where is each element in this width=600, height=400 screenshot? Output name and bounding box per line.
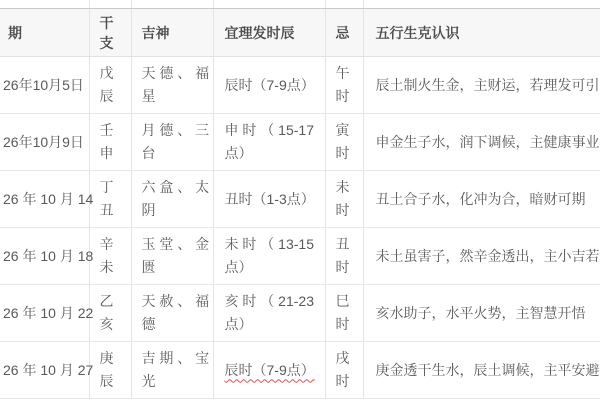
date-cell: 26 年 10 月 14 bbox=[0, 171, 89, 228]
jishen-cell: 月 德 、 三 台 bbox=[131, 114, 213, 171]
clipped-cell bbox=[0, 0, 89, 9]
date-cell: 26年10月9日 bbox=[0, 114, 89, 171]
date-cell: 26 年 10 月 22 bbox=[0, 285, 89, 342]
clipped-row-above bbox=[0, 0, 600, 9]
ji-cell: 寅 时 bbox=[325, 114, 363, 171]
yi-time-cell: 亥 时 （ 21-23 点） bbox=[213, 285, 325, 342]
wuxing-cell: 丑土合子水，化冲为合，暗财可期 bbox=[363, 171, 600, 228]
header-ganzhi: 干 支 bbox=[89, 9, 131, 57]
ji-cell: 巳 时 bbox=[325, 285, 363, 342]
ji-cell: 午 时 bbox=[325, 57, 363, 114]
jishen-cell: 天 赦 、 福 德 bbox=[131, 285, 213, 342]
ganzhi-cell: 乙 亥 bbox=[89, 285, 131, 342]
table-row: 26 年 10 月 27 庚 辰 吉 期 、 宝 光 辰时（7-9点） 戌 时 … bbox=[0, 342, 600, 399]
page-viewport: 期 干 支 吉神 宜理发时辰 忌 五行生克认识 26年10月5日 戊 辰 天 德… bbox=[0, 0, 600, 400]
wuxing-cell: 未土虽害子，然辛金透出，主小吉若谨 bbox=[363, 228, 600, 285]
ji-cell: 未 时 bbox=[325, 171, 363, 228]
wuxing-cell: 亥水助子，水平火势，主智慧开悟 bbox=[363, 285, 600, 342]
table-row: 26年10月9日 壬 申 月 德 、 三 台 申 时 （ 15-17 点） 寅 … bbox=[0, 114, 600, 171]
spellcheck-underlined-text: 辰时（7-9点） bbox=[225, 362, 315, 378]
table-row: 26 年 10 月 14 丁 丑 六 盒 、 太 阴 丑时（1-3点） 未 时 … bbox=[0, 171, 600, 228]
table-header-row: 期 干 支 吉神 宜理发时辰 忌 五行生克认识 bbox=[0, 9, 600, 57]
yi-time-cell: 丑时（1-3点） bbox=[213, 171, 325, 228]
clipped-cell bbox=[89, 0, 131, 9]
yi-time-cell: 未 时 （ 13-15 点） bbox=[213, 228, 325, 285]
jishen-cell: 吉 期 、 宝 光 bbox=[131, 342, 213, 399]
header-date: 期 bbox=[0, 9, 89, 57]
date-cell: 26年10月5日 bbox=[0, 57, 89, 114]
ganzhi-cell: 壬 申 bbox=[89, 114, 131, 171]
ji-cell: 丑 时 bbox=[325, 228, 363, 285]
wuxing-cell: 辰土制火生金，主财运，若理发可引贵 bbox=[363, 57, 600, 114]
table-row: 26年10月5日 戊 辰 天 德 、 福 星 辰时（7-9点） 午 时 辰土制火… bbox=[0, 57, 600, 114]
header-wuxing: 五行生克认识 bbox=[363, 9, 600, 57]
ganzhi-cell: 庚 辰 bbox=[89, 342, 131, 399]
jishen-cell: 玉 堂 、 金 匮 bbox=[131, 228, 213, 285]
table-row: 26 年 10 月 22 乙 亥 天 赦 、 福 德 亥 时 （ 21-23 点… bbox=[0, 285, 600, 342]
clipped-cell bbox=[213, 0, 325, 9]
table-row: 26 年 10 月 18 辛 未 玉 堂 、 金 匮 未 时 （ 13-15 点… bbox=[0, 228, 600, 285]
wuxing-cell: 庚金透干生水，辰土调候，主平安避灾 bbox=[363, 342, 600, 399]
clipped-cell bbox=[325, 0, 363, 9]
yi-time-cell: 辰时（7-9点） bbox=[213, 57, 325, 114]
jishen-cell: 天 德 、 福 星 bbox=[131, 57, 213, 114]
wuxing-cell: 申金生子水，润下调候，主健康事业转 bbox=[363, 114, 600, 171]
clipped-cell bbox=[363, 0, 600, 9]
clipped-cell bbox=[131, 0, 213, 9]
almanac-table: 期 干 支 吉神 宜理发时辰 忌 五行生克认识 26年10月5日 戊 辰 天 德… bbox=[0, 0, 600, 399]
header-jishen: 吉神 bbox=[131, 9, 213, 57]
date-cell: 26 年 10 月 27 bbox=[0, 342, 89, 399]
yi-time-cell: 申 时 （ 15-17 点） bbox=[213, 114, 325, 171]
header-yi-time: 宜理发时辰 bbox=[213, 9, 325, 57]
ganzhi-cell: 辛 未 bbox=[89, 228, 131, 285]
header-ji: 忌 bbox=[325, 9, 363, 57]
ganzhi-cell: 丁 丑 bbox=[89, 171, 131, 228]
ji-cell: 戌 时 bbox=[325, 342, 363, 399]
date-cell: 26 年 10 月 18 bbox=[0, 228, 89, 285]
yi-time-cell: 辰时（7-9点） bbox=[213, 342, 325, 399]
ganzhi-cell: 戊 辰 bbox=[89, 57, 131, 114]
jishen-cell: 六 盒 、 太 阴 bbox=[131, 171, 213, 228]
